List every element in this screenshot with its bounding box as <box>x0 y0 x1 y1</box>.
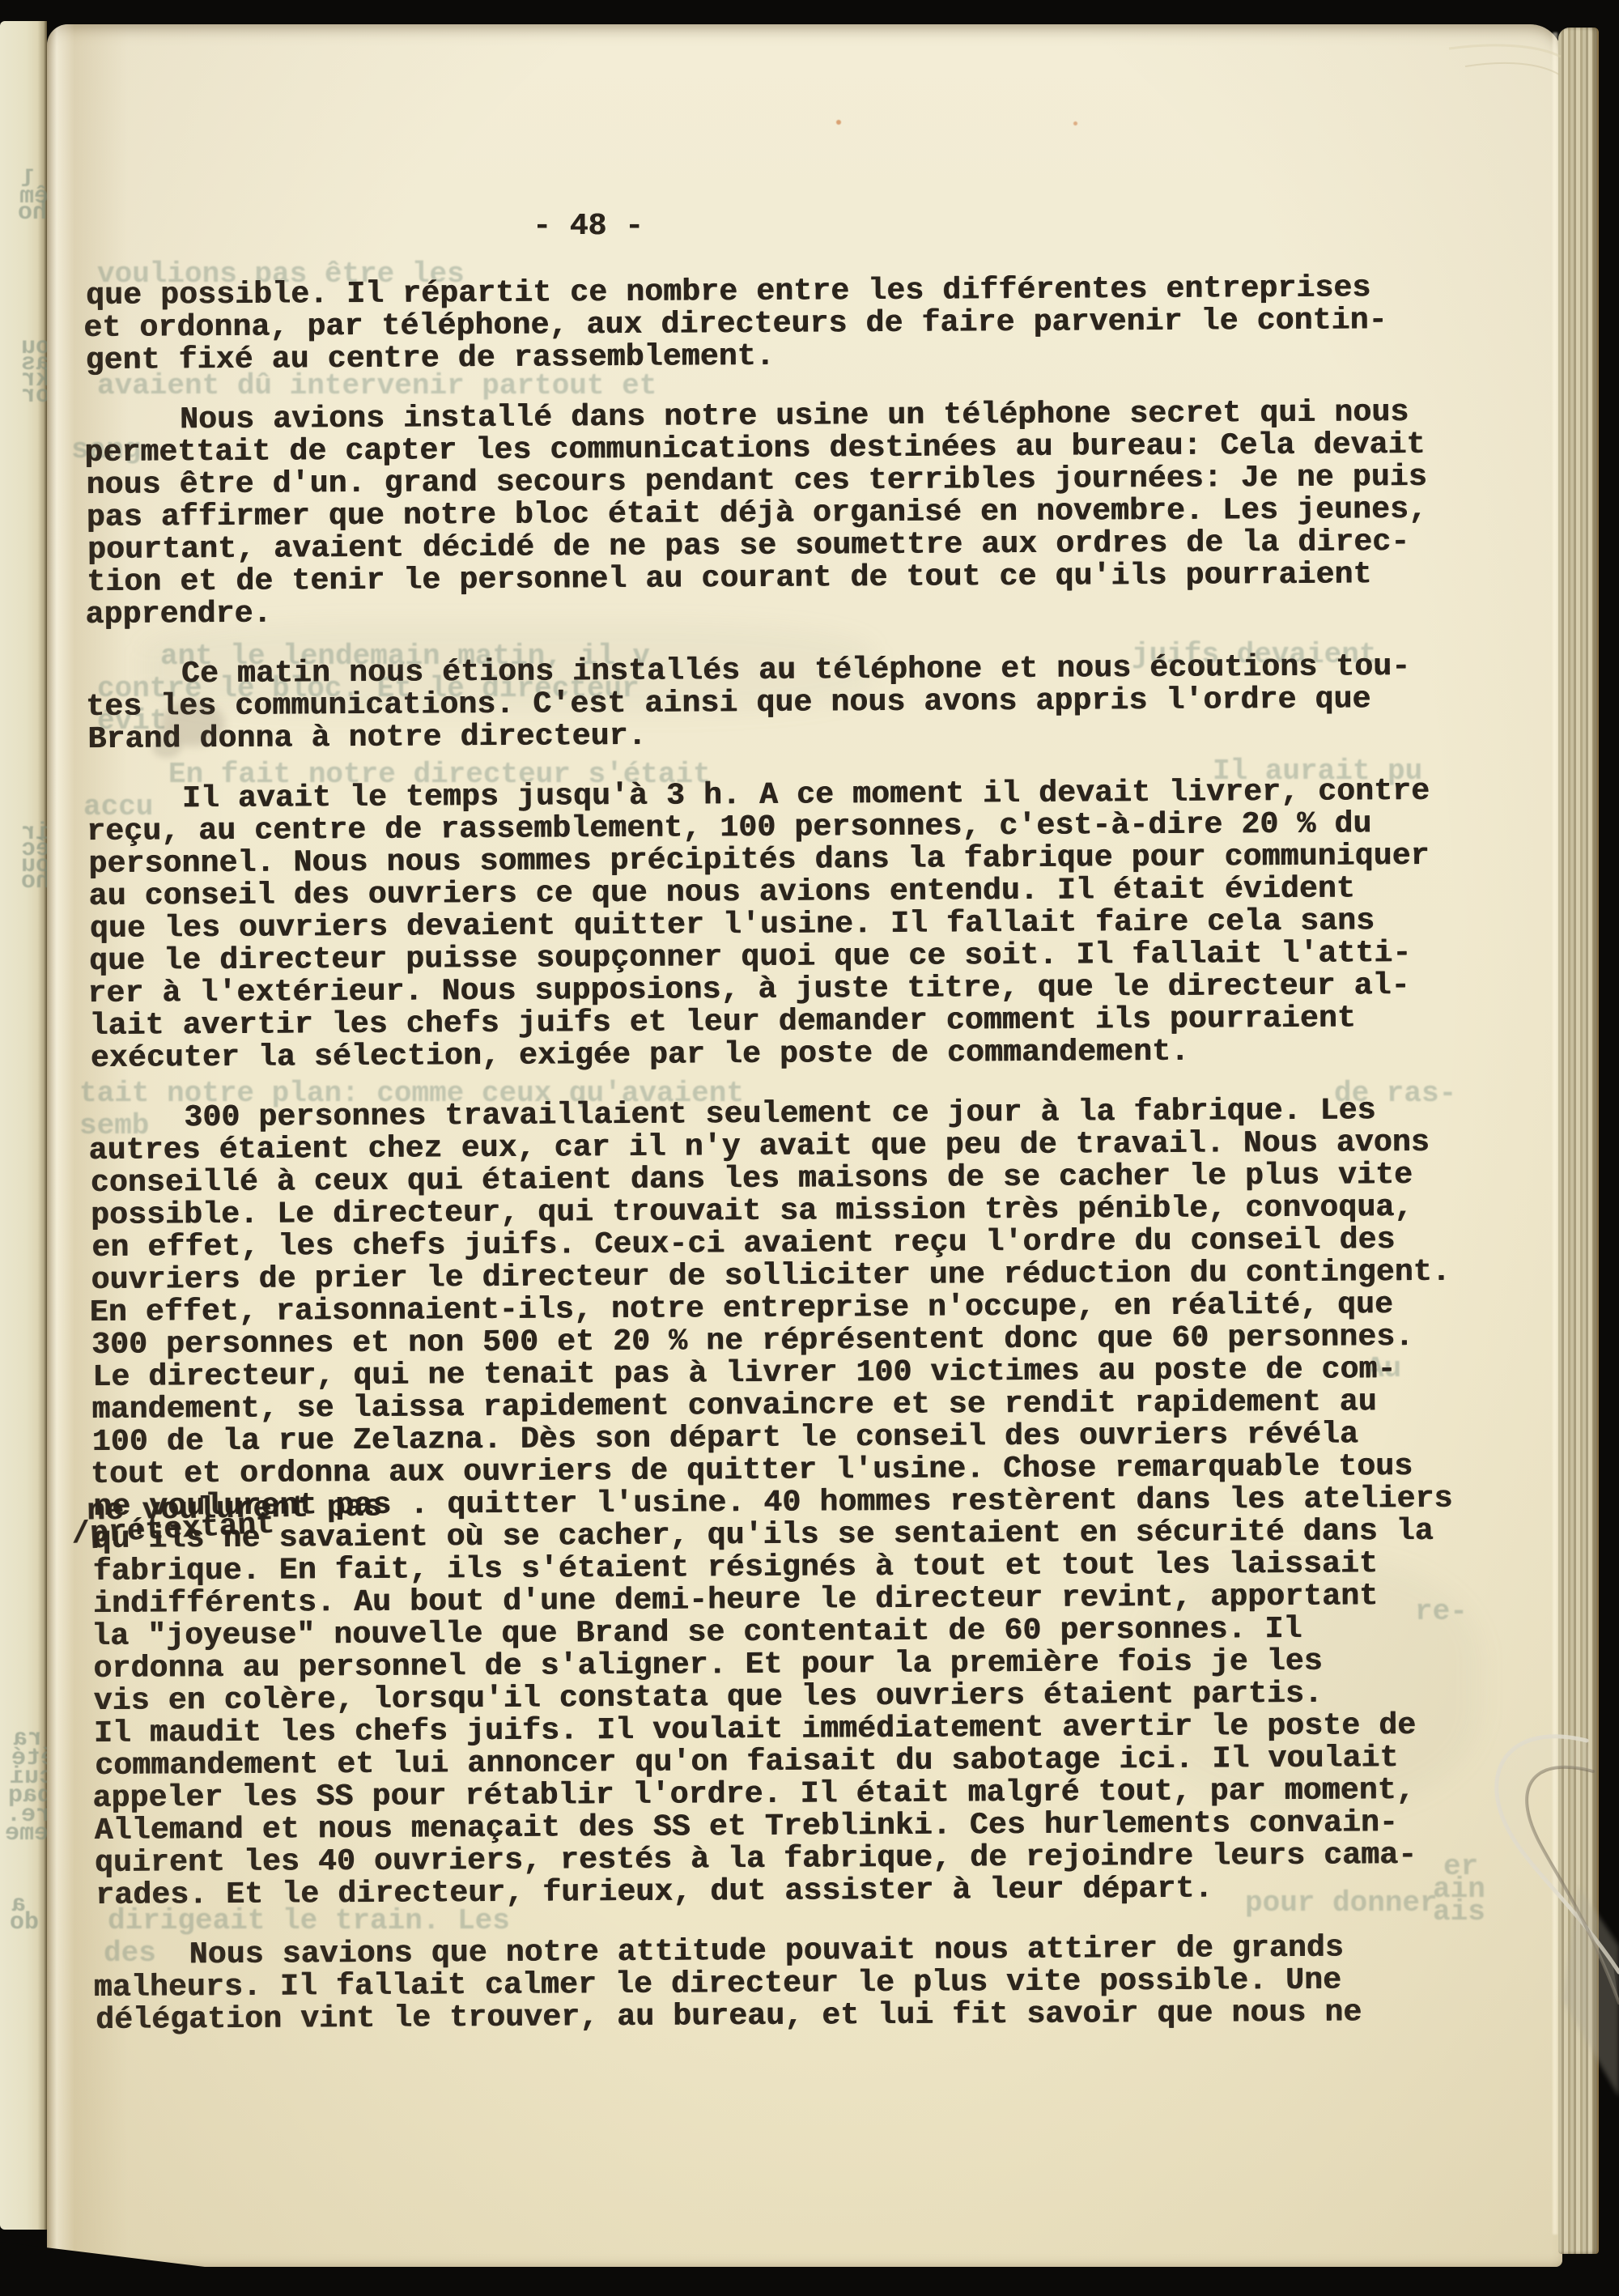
overtype-correction: ne voulurent pas <box>87 1490 382 1529</box>
paragraph: que possible. Il répartit ce nombre entr… <box>85 271 1535 377</box>
background-bottom <box>0 2267 1619 2296</box>
paragraph: Il avait le temps jusqu'à 3 h. A ce mome… <box>88 775 1539 1075</box>
rust-speck <box>836 120 841 125</box>
paragraph: Nous avions installé dans notre usine un… <box>86 396 1536 631</box>
paragraph: Nous savions que notre attitude pouvait … <box>96 1931 1545 2037</box>
page-stack-edge <box>1558 28 1597 2254</box>
verso-ghost-text: eme <box>5 1820 49 1847</box>
typed-line: exécuter la sélection, exigée par le pos… <box>91 1034 1540 1075</box>
verso-ghost-text: do <box>10 1909 39 1937</box>
facing-page-edge: de lmêmChojoupasukrtordirdécpouchoraétéc… <box>0 21 47 2230</box>
typed-text-block: que possible. Il répartit ce nombre entr… <box>85 271 1545 2037</box>
typed-line: rades. Et le directeur, furieux, dut ass… <box>96 1871 1545 1912</box>
paragraph: Ce matin nous étions installés au téléph… <box>87 650 1537 756</box>
document-page: voulions pas être lesavaient dû interven… <box>47 24 1562 2267</box>
book-photograph: de lmêmChojoupasukrtordirdécpouchoraétéc… <box>0 0 1619 2296</box>
page-number: - 48 - <box>533 209 644 244</box>
background-top <box>0 0 1619 26</box>
rust-speck <box>1073 121 1077 125</box>
page-edge-highlight <box>1553 32 1557 2234</box>
